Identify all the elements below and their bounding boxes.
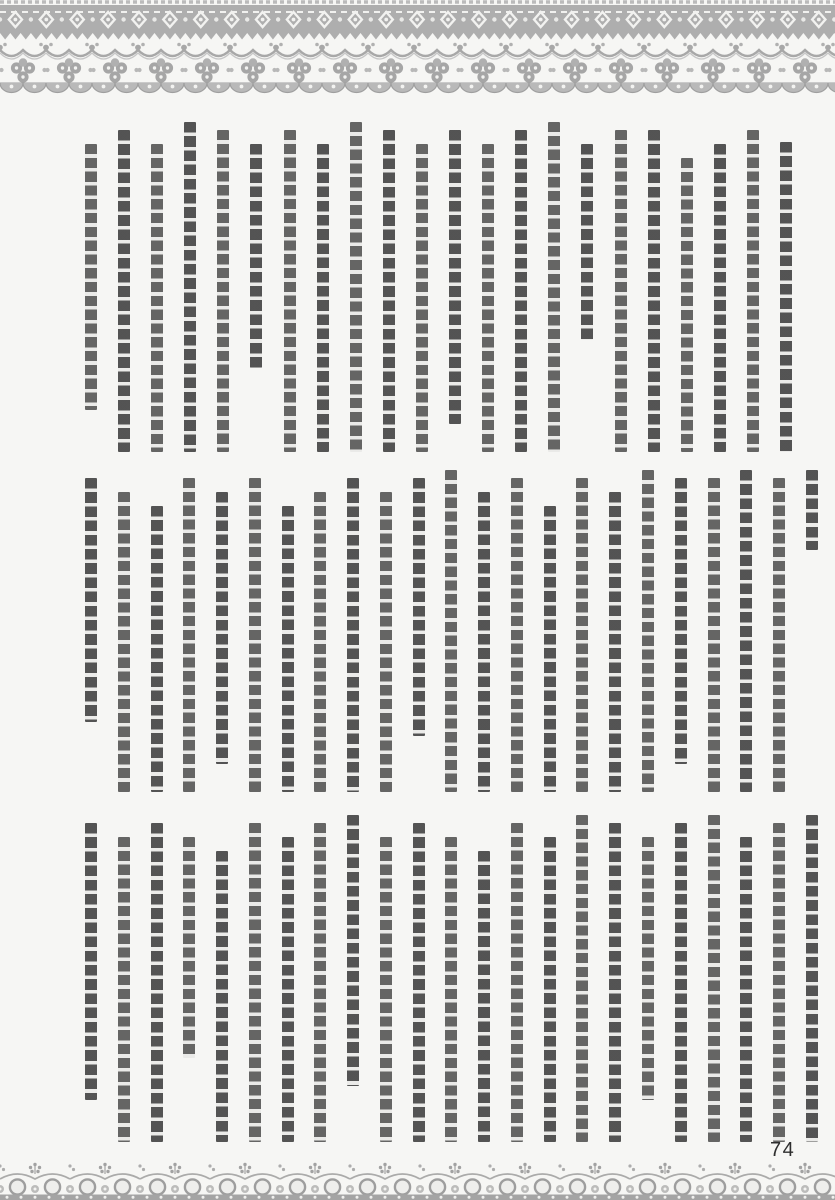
lace-motif — [136, 1163, 210, 1200]
redacted-text-column — [740, 470, 752, 792]
lace-motif — [152, 5, 186, 40]
lace-motif — [29, 5, 63, 40]
lace-motif — [457, 43, 509, 93]
redacted-text-column — [449, 130, 461, 424]
redacted-text-column — [445, 470, 457, 792]
lace-motif — [486, 1163, 560, 1200]
lace-motif — [66, 1163, 140, 1200]
redacted-text-column — [183, 837, 195, 1058]
lace-motif — [369, 5, 403, 40]
redacted-text-column — [675, 823, 687, 1142]
lace-motif — [556, 1163, 630, 1200]
lace-motif — [616, 5, 650, 40]
redacted-text-column — [413, 478, 425, 736]
lace-border-bottom — [0, 1162, 835, 1200]
redacted-text-column — [85, 144, 97, 410]
redacted-text-column — [216, 851, 228, 1142]
lace-motif — [801, 5, 835, 40]
redacted-text-column — [478, 851, 490, 1142]
lace-motif — [770, 5, 804, 40]
lace-motif — [227, 43, 279, 93]
redacted-text-column — [249, 823, 261, 1142]
redacted-text-column — [548, 122, 560, 452]
lace-motif — [183, 5, 217, 40]
redacted-text-column — [249, 478, 261, 792]
lace-motif — [60, 5, 94, 40]
redacted-text-column — [576, 815, 588, 1142]
text-band-top — [85, 122, 792, 452]
redacted-text-column — [780, 142, 792, 452]
redacted-text-column — [250, 144, 262, 368]
redacted-text-column — [380, 837, 392, 1142]
lace-motif — [411, 43, 463, 93]
lace-motif — [678, 5, 712, 40]
lace-motif — [585, 5, 619, 40]
redacted-text-column — [681, 158, 693, 452]
lace-motif — [492, 5, 526, 40]
lace-motif — [400, 5, 434, 40]
redacted-text-column — [773, 823, 785, 1142]
lace-motif — [647, 5, 681, 40]
redacted-text-column — [416, 144, 428, 452]
redacted-text-column — [747, 130, 759, 452]
redacted-text-column — [675, 478, 687, 764]
lace-motif — [338, 5, 372, 40]
redacted-text-column — [642, 837, 654, 1100]
lace-motif — [733, 43, 785, 93]
redacted-text-column — [511, 478, 523, 792]
lace-motif — [416, 1163, 490, 1200]
lace-motif — [276, 1163, 350, 1200]
lace-motif — [779, 43, 831, 93]
redacted-text-column — [347, 815, 359, 1086]
lace-motif — [709, 5, 743, 40]
lace-motif — [206, 1163, 280, 1200]
redacted-text-column — [482, 144, 494, 452]
redacted-text-column — [118, 130, 130, 452]
lace-motif — [214, 5, 248, 40]
lace-motif — [687, 43, 739, 93]
redacted-text-column — [576, 478, 588, 792]
lace-motif — [181, 43, 233, 93]
redacted-text-column — [217, 130, 229, 452]
redacted-text-column — [708, 815, 720, 1142]
redacted-text-column — [282, 837, 294, 1142]
lace-motif — [273, 43, 325, 93]
lace-motif — [121, 5, 154, 40]
redacted-text-column — [615, 130, 627, 452]
redacted-text-column — [383, 130, 395, 452]
lace-motif — [461, 5, 495, 40]
text-band-middle — [85, 470, 818, 792]
redacted-text-column — [515, 130, 527, 452]
redacted-text-column — [740, 837, 752, 1142]
redacted-text-column — [544, 837, 556, 1142]
redacted-text-column — [609, 492, 621, 792]
redacted-text-column — [284, 130, 296, 452]
page-number: 74 — [770, 1139, 795, 1162]
redacted-text-column — [151, 823, 163, 1142]
redacted-text-column — [714, 144, 726, 452]
lace-motif — [91, 5, 125, 40]
lace-motif — [641, 43, 693, 93]
lace-motif — [554, 5, 588, 40]
lace-motif — [346, 1163, 420, 1200]
redacted-text-column — [118, 837, 130, 1142]
redacted-text-column — [511, 823, 523, 1142]
lace-motif — [0, 43, 49, 93]
redacted-text-column — [642, 470, 654, 792]
redacted-text-column — [85, 478, 97, 722]
redacted-text-column — [347, 478, 359, 792]
scanned-page: 74 — [0, 0, 835, 1200]
redacted-text-column — [85, 823, 97, 1100]
redacted-text-column — [314, 823, 326, 1142]
lace-motif — [0, 1163, 70, 1200]
redacted-text-column — [648, 130, 660, 452]
redacted-text-column — [544, 506, 556, 792]
redacted-text-column — [445, 837, 457, 1142]
redacted-text-column — [413, 823, 425, 1142]
lace-motif — [43, 43, 95, 93]
lace-motif — [503, 43, 555, 93]
lace-motif — [549, 43, 601, 93]
lace-motif — [430, 5, 464, 40]
lace-motif — [626, 1163, 700, 1200]
redacted-text-column — [478, 492, 490, 792]
lace-motif — [319, 43, 371, 93]
redacted-text-column — [806, 815, 818, 1142]
redacted-text-column — [282, 506, 294, 792]
redacted-text-column — [806, 470, 818, 550]
lace-motif — [766, 1163, 835, 1200]
lace-motif — [135, 43, 187, 93]
redacted-text-column — [151, 506, 163, 792]
lace-motif — [365, 43, 417, 93]
text-band-bottom — [85, 815, 818, 1142]
redacted-text-column — [581, 144, 593, 340]
lace-motif — [307, 5, 341, 40]
redacted-text-column — [708, 478, 720, 792]
redacted-text-column — [350, 122, 362, 452]
redacted-text-column — [317, 144, 329, 452]
lace-motif — [523, 5, 557, 40]
redacted-text-column — [184, 122, 196, 452]
lace-motif — [739, 5, 773, 40]
redacted-text-column — [118, 492, 130, 792]
lace-motif — [0, 5, 31, 40]
lace-motif — [89, 43, 141, 93]
lace-border-top — [0, 0, 835, 96]
redacted-text-column — [216, 492, 228, 764]
redacted-text-column — [151, 144, 163, 452]
lace-motif — [696, 1163, 770, 1200]
redacted-text-column — [609, 823, 621, 1142]
lace-motif — [245, 5, 279, 40]
lace-motif — [595, 43, 647, 93]
redacted-text-column — [773, 478, 785, 792]
lace-motif — [276, 5, 310, 40]
redacted-text-column — [314, 492, 326, 792]
redacted-text-column — [380, 492, 392, 792]
redacted-text-column — [183, 478, 195, 792]
